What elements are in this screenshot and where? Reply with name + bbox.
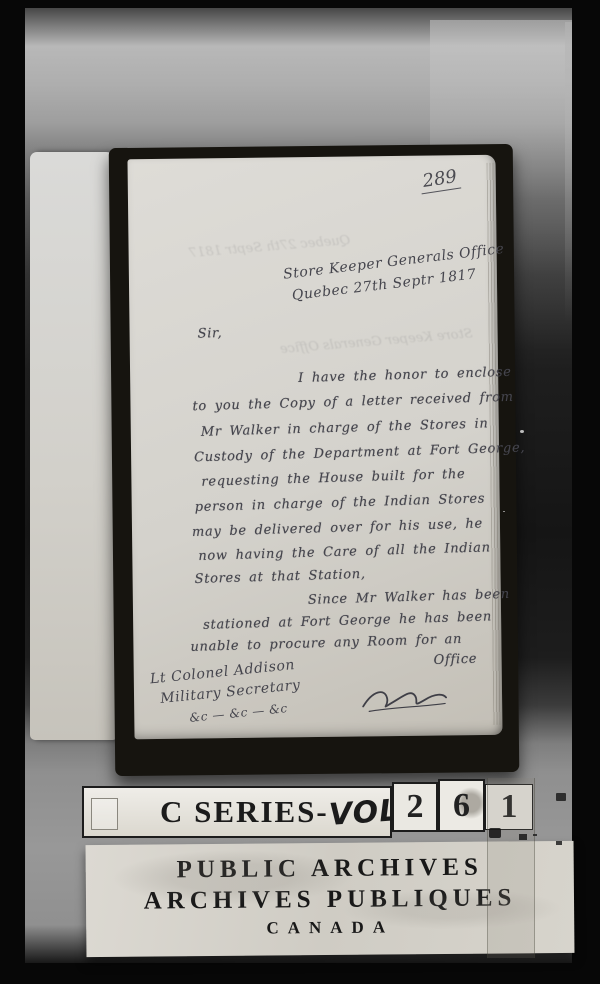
- film-edge-sliver: [565, 22, 572, 322]
- letter-line: Stores at that Station,: [194, 567, 366, 587]
- letter-line: Office: [433, 652, 477, 668]
- letter-line: unable to procure any Room for an: [190, 632, 462, 655]
- series-number: 2: [407, 788, 424, 826]
- series-label-text: C SERIES-VOL-: [160, 794, 413, 830]
- microfilm-frame: 289 Quebec 27th Septr 1817 Store Keeper …: [0, 0, 600, 984]
- series-label-blank-square: [91, 798, 118, 830]
- letter-line: stationed at Fort George he has been: [203, 609, 492, 633]
- series-prefix: C SERIES-: [160, 794, 329, 829]
- letter-line: Mr Walker in charge of the Stores in: [201, 416, 489, 440]
- letter-line: may be delivered over for his use, he: [192, 516, 483, 540]
- salutation: Sir,: [197, 326, 222, 342]
- series-number: 6: [453, 787, 470, 825]
- letter-line: now having the Care of all the Indian: [198, 540, 491, 564]
- letter-line: Custody of the Department at Fort George…: [194, 441, 526, 466]
- ink-smudges: [489, 828, 501, 838]
- letter-page: 289 Quebec 27th Septr 1817 Store Keeper …: [127, 155, 502, 739]
- ink-bleedthrough: Quebec 27th Septr 1817: [188, 233, 351, 261]
- closing-etcetera-marks: &c — &c — &c: [189, 701, 289, 725]
- series-label-strip: C SERIES-VOL-: [82, 786, 392, 838]
- signature-flourish-icon: [359, 685, 449, 714]
- letter-line: Since Mr Walker has been: [308, 587, 510, 608]
- series-number-tile: 2: [392, 782, 438, 832]
- tape-strip: [487, 778, 535, 958]
- series-number-tile: 6: [438, 779, 485, 832]
- letter-line: I have the honor to enclose: [298, 365, 512, 386]
- letter-line: requesting the House built for the: [201, 467, 465, 490]
- facing-page-edge: [30, 152, 118, 740]
- letter-line: to you the Copy of a letter received fro…: [192, 390, 514, 415]
- film-specks: [520, 430, 524, 433]
- page-number: 289: [418, 166, 461, 195]
- ink-bleedthrough: Store Keeper Generals Office: [279, 326, 473, 357]
- letter-line: person in charge of the Indian Stores: [195, 491, 486, 515]
